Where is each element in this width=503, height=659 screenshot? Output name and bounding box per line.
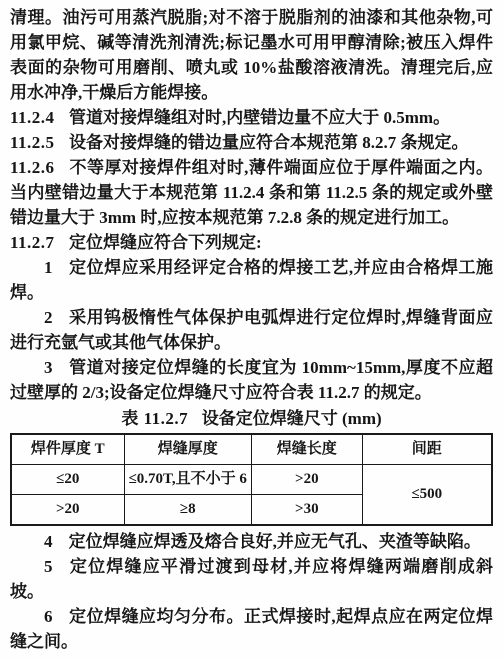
item-text: 定位焊缝应均匀分布。正式焊接时,起焊点应在两定位焊缝之间。 (10, 607, 493, 651)
clause-text: 设备对接焊缝的错边量应符合本规范第 8.2.7 条规定。 (69, 133, 469, 152)
cell-weld-length-2: >30 (251, 495, 362, 526)
clause-number: 11.2.6 (10, 158, 55, 177)
clause-number: 11.2.7 (10, 233, 55, 252)
spec-table: 焊件厚度 T 焊缝厚度 焊缝长度 间距 ≤20 ≤0.70T,且不小于 6 >2… (10, 433, 493, 526)
item-number: 5 (44, 557, 53, 576)
clause-text: 不等厚对接焊件组对时,薄件端面应位于厚件端面之内。当内壁错边量大于本规范第 11… (10, 158, 493, 227)
header-weld-length: 焊缝长度 (251, 434, 362, 465)
clause-text: 管道对接焊缝组对时,内壁错边量不应大于 0.5mm。 (69, 108, 450, 127)
table-row: ≤20 ≤0.70T,且不小于 6 >20 ≤500 (11, 465, 492, 495)
table-caption-label: 表 11.2.7 (121, 409, 188, 428)
item-number: 3 (44, 358, 53, 377)
document-page: 清理。油污可用蒸汽脱脂;对不溶于脱脂剂的油漆和其他杂物,可用氯甲烷、碱等清洗剂清… (0, 0, 503, 659)
cell-thickness-gt20: >20 (11, 495, 124, 526)
item-text: 定位焊应采用经评定合格的焊接工艺,并应由合格焊工施焊。 (10, 258, 493, 302)
list-item-2: 2采用钨极惰性气体保护电弧焊进行定位焊时,焊缝背面应进行充氩气或其他气体保护。 (10, 305, 493, 355)
clause-text: 定位焊缝应符合下列规定: (69, 233, 262, 252)
cell-weld-thickness-1: ≤0.70T,且不小于 6 (124, 465, 251, 495)
clause-11-2-7: 11.2.7定位焊缝应符合下列规定: (10, 230, 493, 255)
item-text: 定位焊缝应焊透及熔合良好,并应无气孔、夹渣等缺陷。 (69, 532, 481, 551)
list-item-6: 6定位焊缝应均匀分布。正式焊接时,起焊点应在两定位焊缝之间。 (10, 604, 493, 654)
table-caption: 表 11.2.7设备定位焊缝尺寸 (mm) (10, 406, 493, 431)
clause-11-2-5: 11.2.5设备对接焊缝的错边量应符合本规范第 8.2.7 条规定。 (10, 130, 493, 155)
list-item-4: 4定位焊缝应焊透及熔合良好,并应无气孔、夹渣等缺陷。 (10, 529, 493, 554)
item-text: 定位焊缝应平滑过渡到母材,并应将焊缝两端磨削成斜坡。 (10, 557, 493, 601)
cell-spacing-merged: ≤500 (362, 465, 492, 526)
item-number: 1 (44, 258, 53, 277)
header-weld-thickness: 焊缝厚度 (124, 434, 251, 465)
list-item-3: 3管道对接定位焊缝的长度宜为 10mm~15mm,厚度不应超过壁厚的 2/3;设… (10, 355, 493, 405)
list-item-1: 1定位焊应采用经评定合格的焊接工艺,并应由合格焊工施焊。 (10, 255, 493, 305)
item-number: 2 (44, 308, 53, 327)
item-text: 管道对接定位焊缝的长度宜为 10mm~15mm,厚度不应超过壁厚的 2/3;设备… (10, 358, 493, 402)
clause-11-2-6: 11.2.6不等厚对接焊件组对时,薄件端面应位于厚件端面之内。当内壁错边量大于本… (10, 155, 493, 230)
clause-number: 11.2.4 (10, 108, 55, 127)
item-number: 4 (44, 532, 53, 551)
table-header-row: 焊件厚度 T 焊缝厚度 焊缝长度 间距 (11, 434, 492, 465)
table-caption-title: 设备定位焊缝尺寸 (mm) (202, 409, 382, 428)
clause-number: 11.2.5 (10, 133, 55, 152)
header-weldment-thickness: 焊件厚度 T (11, 434, 124, 465)
cell-weld-thickness-2: ≥8 (124, 495, 251, 526)
item-number: 6 (44, 607, 53, 626)
header-spacing: 间距 (362, 434, 492, 465)
paragraph-cleaning: 清理。油污可用蒸汽脱脂;对不溶于脱脂剂的油漆和其他杂物,可用氯甲烷、碱等清洗剂清… (10, 5, 493, 105)
item-text: 采用钨极惰性气体保护电弧焊进行定位焊时,焊缝背面应进行充氩气或其他气体保护。 (10, 308, 493, 352)
clause-11-2-4: 11.2.4管道对接焊缝组对时,内壁错边量不应大于 0.5mm。 (10, 105, 493, 130)
list-item-5: 5定位焊缝应平滑过渡到母材,并应将焊缝两端磨削成斜坡。 (10, 554, 493, 604)
cell-thickness-le20: ≤20 (11, 465, 124, 495)
cell-weld-length-1: >20 (251, 465, 362, 495)
